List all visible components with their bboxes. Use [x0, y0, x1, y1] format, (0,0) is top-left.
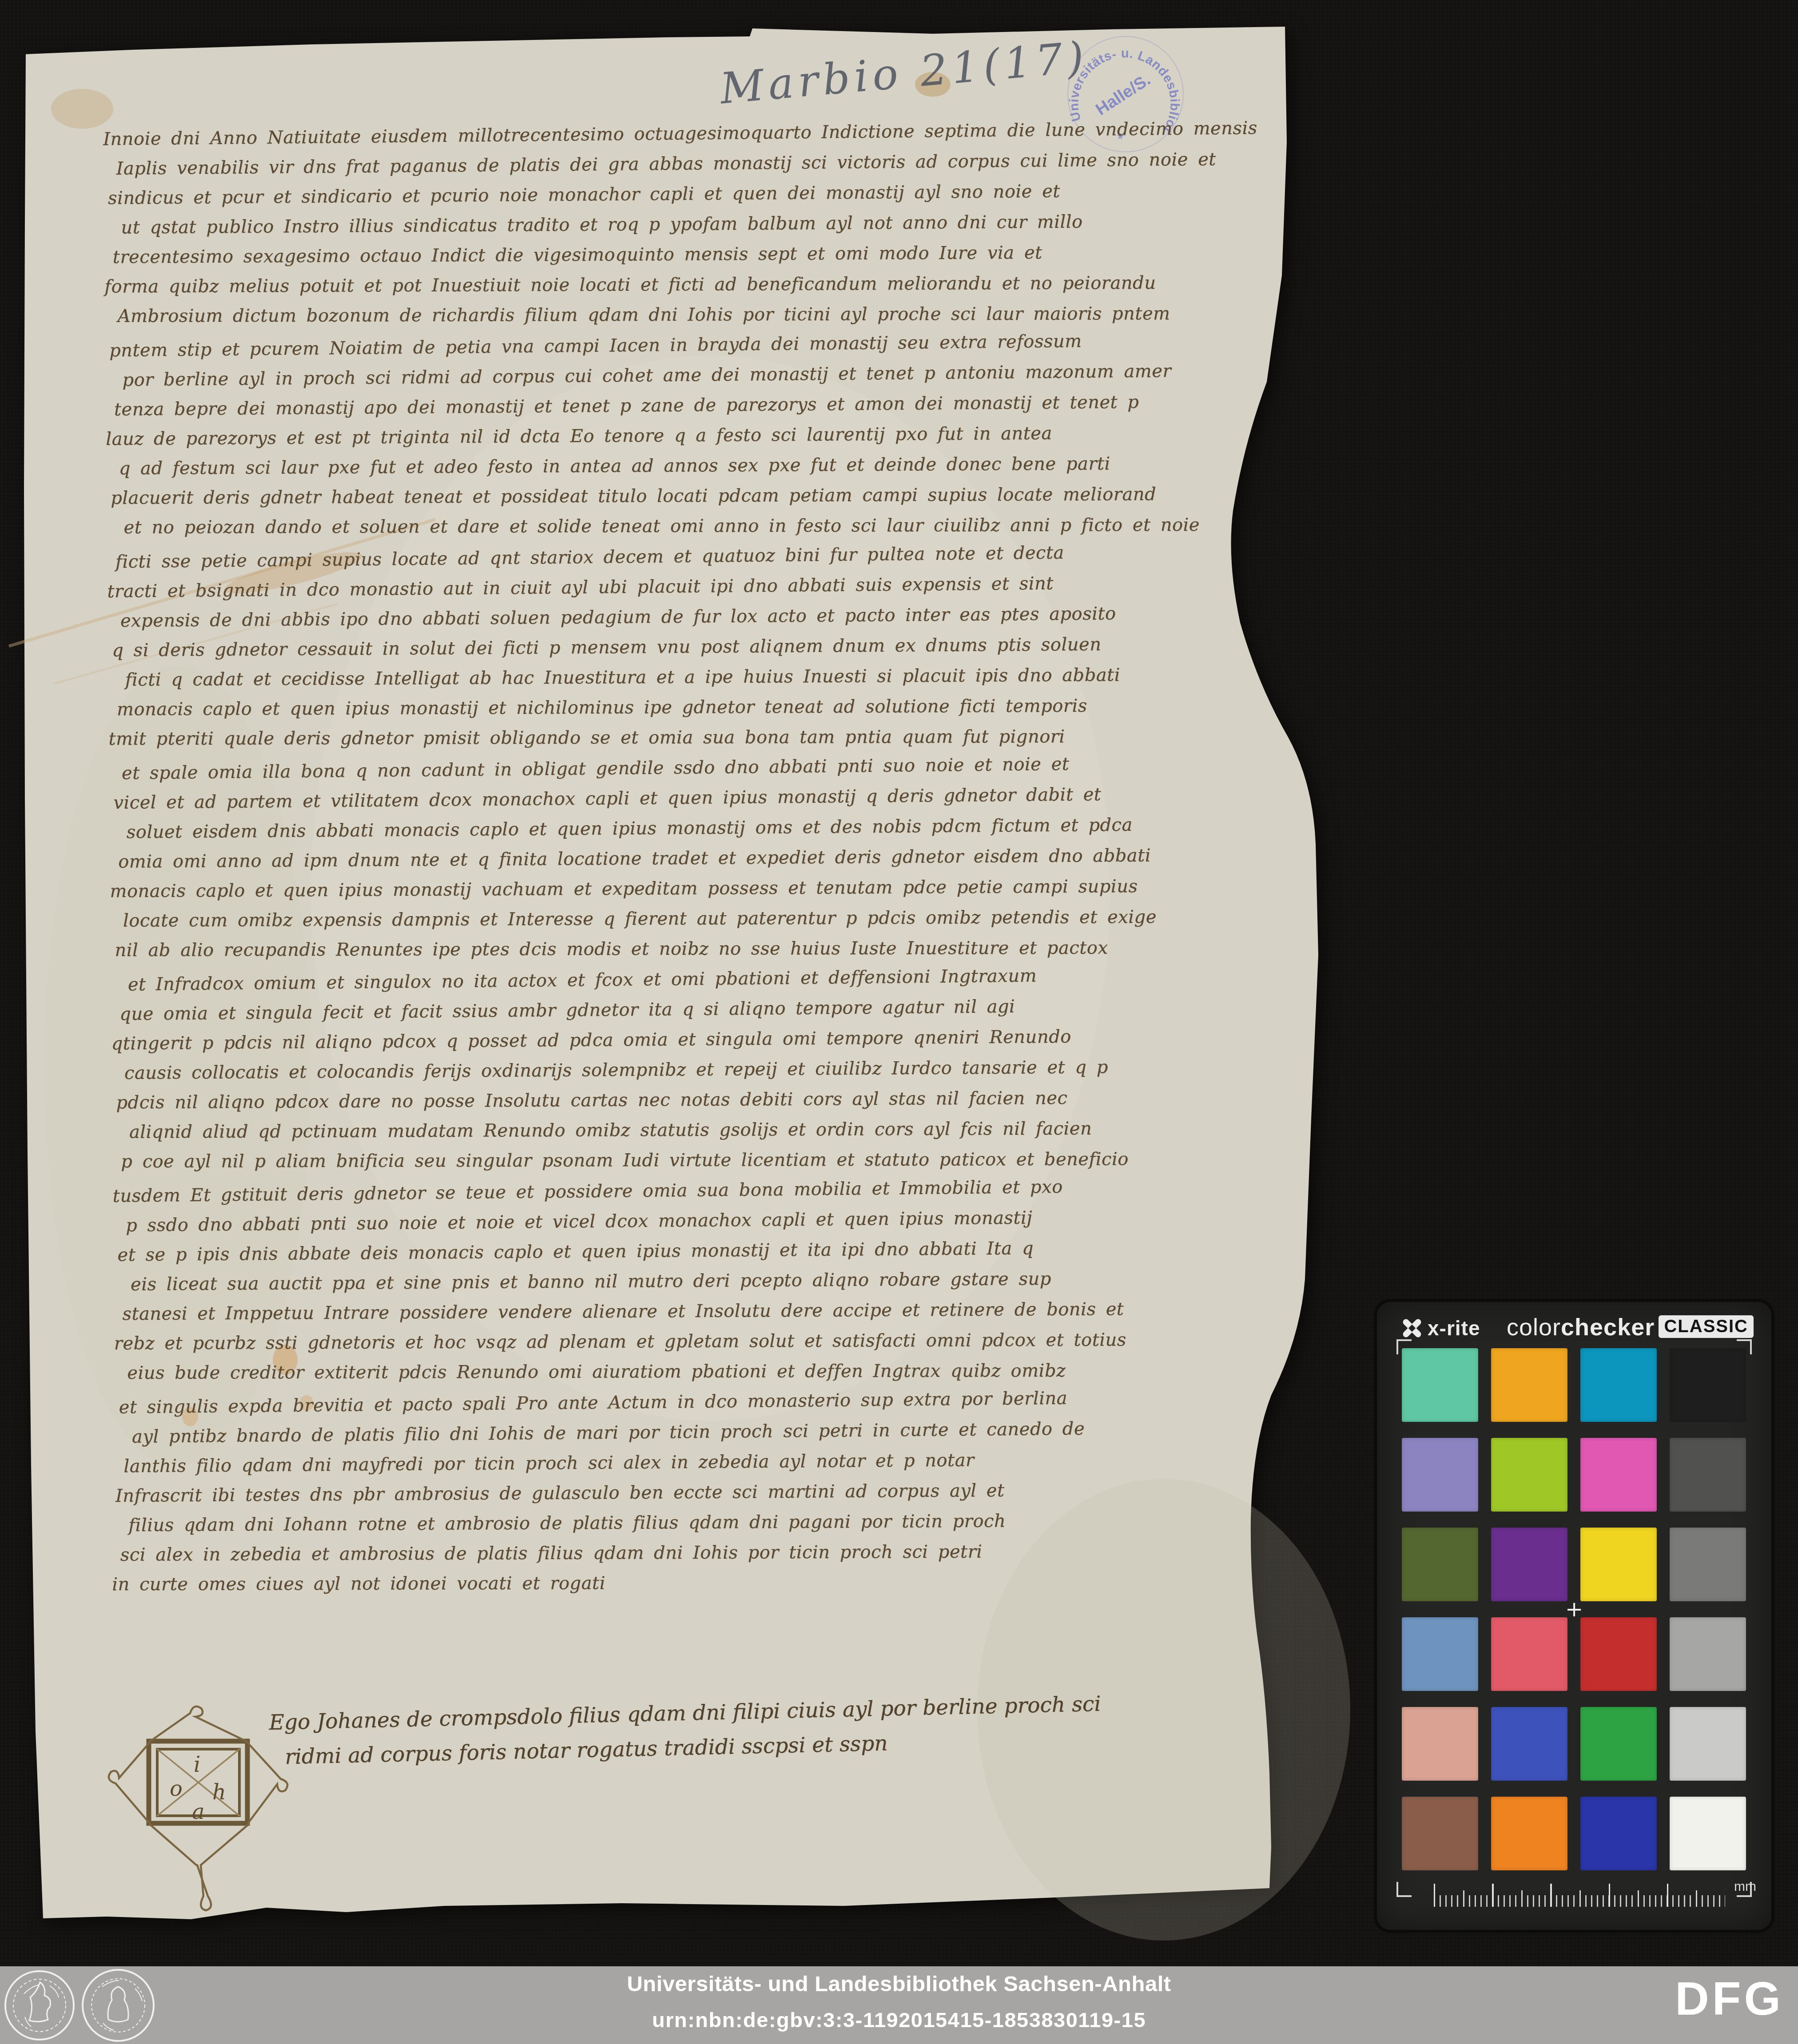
ruler-unit-label: mm	[1734, 1879, 1756, 1894]
manuscript-line: filius qdam dni Iohann rotne et ambrosio…	[128, 1510, 1271, 1546]
colorchecker-patch-r6c4	[1670, 1797, 1746, 1870]
colorchecker-patch-r6c2	[1491, 1797, 1567, 1870]
university-seal-left	[5, 1971, 74, 2040]
colorchecker-patch-r2c4	[1670, 1438, 1746, 1512]
manuscript-text-block: Innoie dni Anno Natiuitate eiusdem millo…	[103, 120, 1271, 1607]
colorchecker-patch-r2c3	[1580, 1438, 1657, 1512]
manuscript-line: rebz et pcurbz ssti gdnetoris et hoc vsq…	[114, 1329, 1270, 1364]
colorchecker-patch-r1c1	[1402, 1348, 1478, 1422]
stamp-center-text: Halle/S.	[1093, 70, 1154, 119]
ruler-major-ticks	[1434, 1884, 1725, 1907]
xrite-brand-label: x-rite	[1428, 1316, 1480, 1340]
manuscript-line: placuerit deris gdnetr habeat teneat et …	[111, 484, 1265, 518]
colorchecker-card: x-rite colorchecker CLASSIC + mm	[1377, 1302, 1771, 1930]
colorchecker-patch-r6c3	[1580, 1797, 1657, 1870]
colorchecker-patch-r4c3	[1580, 1617, 1657, 1691]
manuscript-line: in curte omes ciues ayl not idonei vocat…	[112, 1572, 1271, 1604]
footer-urn: urn:nbn:de:gbv:3:3-1192015415-1853830119…	[627, 2009, 1171, 2030]
colorchecker-ruler: mm	[1434, 1884, 1725, 1907]
manuscript-line: trecentesimo sexagesimo octauo Indict di…	[113, 242, 1263, 278]
university-seal-right	[83, 1970, 154, 2041]
manuscript-line: stanesi et Imppetuu Intrare possidere ve…	[122, 1298, 1269, 1334]
footer-text: Universitäts- und Landesbibliothek Sachs…	[627, 1973, 1171, 2030]
footer-institution: Universitäts- und Landesbibliothek Sachs…	[627, 1973, 1171, 1995]
colorchecker-patch-r6c1	[1402, 1797, 1478, 1870]
colorchecker-patch-r3c2	[1491, 1528, 1567, 1601]
colorchecker-patch-r5c1	[1402, 1707, 1478, 1781]
colorchecker-center-mark: +	[1565, 1597, 1583, 1622]
colorchecker-patch-r5c4	[1670, 1707, 1746, 1781]
colorchecker-patch-r3c1	[1402, 1528, 1478, 1601]
colorchecker-patch-r4c2	[1491, 1617, 1567, 1691]
manuscript-line: monacis caplo et quen ipius monastij et …	[117, 695, 1266, 729]
colorchecker-patch-r2c1	[1402, 1438, 1478, 1512]
manuscript-line: forma quibz melius potuit et pot Inuesti…	[104, 272, 1263, 307]
colorchecker-title: colorchecker	[1507, 1314, 1655, 1341]
colorchecker-patch-r5c2	[1491, 1707, 1567, 1781]
colorchecker-patch-r5c3	[1580, 1707, 1657, 1781]
manuscript-line: pdcis nil aliqno pdcox dare no posse Ins…	[116, 1087, 1268, 1123]
colorchecker-title-light: color	[1507, 1314, 1561, 1341]
notary-letter-bottom: a	[192, 1799, 205, 1824]
xrite-logo-icon	[1402, 1318, 1422, 1338]
manuscript-line: q ad festum sci laur pxe fut et adeo fes…	[119, 453, 1265, 489]
crop-mark-bottom-left	[1396, 1882, 1412, 1897]
manuscript-line: ficti q cadat et cecidisse Intelligat ab…	[125, 664, 1266, 700]
colorchecker-patch-r3c4	[1670, 1528, 1746, 1601]
colorchecker-patch-r2c2	[1491, 1438, 1567, 1512]
colorchecker-header: x-rite colorchecker CLASSIC	[1377, 1313, 1771, 1341]
manuscript-line: sci alex in zebedia et ambrosius de plat…	[120, 1540, 1271, 1575]
colorchecker-title-bold: checker	[1561, 1314, 1655, 1341]
colorchecker-patch-r3c3	[1580, 1528, 1657, 1601]
dfg-logo: DFG	[1675, 1975, 1784, 2022]
manuscript-line: locate cum omibz expensis dampnis et Int…	[123, 906, 1267, 941]
colorchecker-patch-r4c4	[1670, 1617, 1746, 1691]
xrite-brand: x-rite	[1402, 1316, 1480, 1340]
colorchecker-patch-r1c3	[1580, 1348, 1657, 1422]
manuscript-line: monacis caplo et quen ipius monastij vac…	[110, 876, 1267, 912]
notary-letter-right: h	[212, 1780, 226, 1805]
stain	[51, 89, 113, 129]
library-seals	[2, 1967, 162, 2044]
notary-letter-left: o	[170, 1776, 183, 1801]
digitized-charter-page: { "document": { "shelfmark_annotation": …	[0, 0, 1798, 2044]
colorchecker-patch-r1c2	[1491, 1348, 1567, 1422]
colorchecker-edition-badge: CLASSIC	[1659, 1315, 1754, 1338]
colorchecker-patch-r1c4	[1670, 1348, 1746, 1422]
notary-letter-top: i	[194, 1752, 200, 1777]
footer-bar: Universitäts- und Landesbibliothek Sachs…	[0, 1966, 1798, 2044]
colorchecker-patch-r4c1	[1402, 1617, 1478, 1691]
manuscript-line: aliqnid aliud qd pctinuam mudatam Renund…	[129, 1118, 1269, 1152]
